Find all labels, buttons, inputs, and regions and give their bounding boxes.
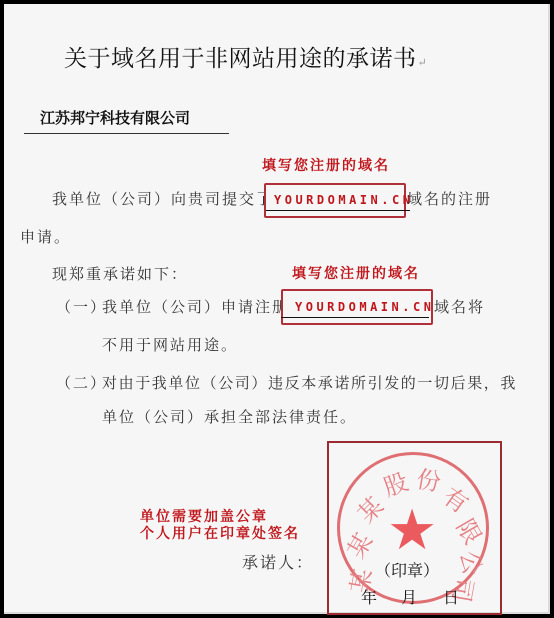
domain-hint-1: 填写您注册的域名 — [262, 155, 390, 175]
paragraph1-after: 域名的注册 — [407, 188, 492, 209]
domain-field-1[interactable]: YOURDOMAIN.CN — [264, 183, 406, 218]
date-month: 月 — [401, 585, 417, 608]
item2-index: （二） — [56, 372, 107, 393]
item2-continuation: 单位（公司）承担全部法律责任。 — [102, 406, 357, 427]
seal-area[interactable]: ★ 某 某 某 股 份 有 限 公 司 （印章） 年 月 日 — [327, 441, 502, 615]
domain-field-2[interactable]: YOURDOMAIN.CN — [281, 289, 433, 325]
domain-underline-1 — [266, 210, 410, 211]
company-name: 江苏邦宁科技有限公司 — [40, 107, 190, 128]
signer-label: 承诺人： — [242, 550, 314, 573]
seal-char: 公 — [454, 548, 493, 578]
seal-note-line1: 单位需要加盖公章 — [140, 509, 300, 526]
seal-star-icon: ★ — [387, 503, 437, 559]
title-text: 关于域名用于非网站用途的承诺书 — [64, 46, 417, 72]
item1-index: （一） — [56, 296, 107, 317]
date-year: 年 — [361, 585, 377, 608]
paragraph1-before: 我单位（公司）向贵司提交了 — [52, 188, 273, 209]
item2-text: 对由于我单位（公司）违反本承诺所引发的一切后果，我 — [102, 372, 517, 393]
document-title: 关于域名用于非网站用途的承诺书↵ — [64, 40, 427, 73]
domain-underline-2 — [281, 317, 429, 318]
seal-note-line2: 个人用户在印章处签名 — [140, 526, 300, 543]
domain-value-1: YOURDOMAIN.CN — [274, 193, 413, 207]
item1-after: 域名将 — [434, 296, 485, 317]
paragraph1-continuation: 申请。 — [20, 226, 71, 247]
item1-before: 我单位（公司）申请注册的 — [102, 296, 306, 317]
seal-note: 单位需要加盖公章 个人用户在印章处签名 — [140, 509, 300, 543]
document-page: 关于域名用于非网站用途的承诺书↵ 江苏邦宁科技有限公司 填写您注册的域名 我单位… — [4, 4, 550, 614]
date-day: 日 — [443, 585, 459, 608]
domain-hint-2: 填写您注册的域名 — [292, 263, 420, 283]
commitment-intro: 现郑重承诺如下： — [52, 263, 188, 284]
domain-value-2: YOURDOMAIN.CN — [295, 300, 434, 314]
item1-continuation: 不用于网站用途。 — [102, 334, 238, 355]
paragraph-mark-icon: ↵ — [418, 56, 428, 69]
company-underline — [24, 133, 229, 134]
stamp-label: （印章） — [375, 558, 439, 581]
